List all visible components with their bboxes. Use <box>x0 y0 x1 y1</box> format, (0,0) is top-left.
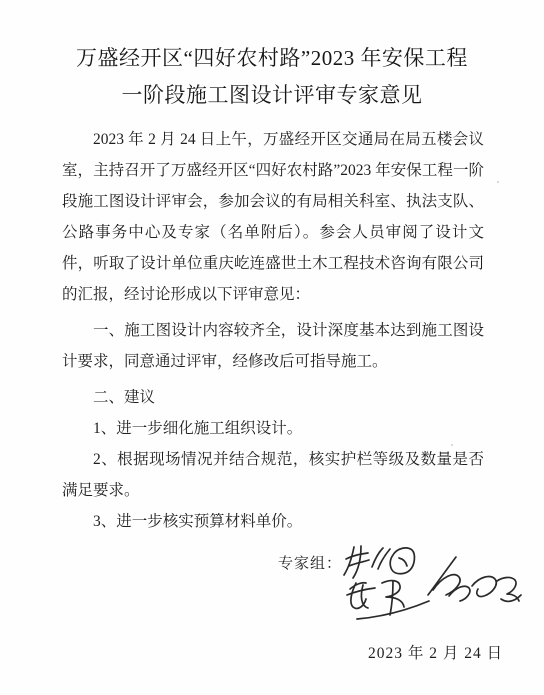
document-title-line2: 一阶段施工图设计评审专家意见 <box>0 77 544 114</box>
expert-signature-2 <box>347 581 429 619</box>
body-paragraph-suggestion-1: 1、进一步细化施工组织设计。 <box>62 413 484 444</box>
scan-speck <box>451 444 453 446</box>
body-paragraph-item-1: 一、施工图设计内容较齐全，设计深度基本达到施工图设计要求，同意通过评审，经修改后… <box>62 315 484 377</box>
handwritten-signatures <box>325 533 535 638</box>
scanned-document-page: 万盛经开区“四好农村路”2023 年安保工程 一阶段施工图设计评审专家意见 20… <box>0 0 544 695</box>
expert-signature-1 <box>344 546 414 578</box>
body-paragraph-intro: 2023 年 2 月 24 日上午，万盛经开区交通局在局五楼会议室，主持召开了万… <box>62 124 484 310</box>
body-paragraph-item-2: 二、建议 <box>62 382 484 413</box>
scan-speck <box>497 181 499 183</box>
scan-speck <box>71 254 73 256</box>
document-date: 2023 年 2 月 24 日 <box>368 641 503 663</box>
document-title: 万盛经开区“四好农村路”2023 年安保工程 一阶段施工图设计评审专家意见 <box>0 0 544 114</box>
expert-signature-3 <box>428 557 521 601</box>
document-title-line1: 万盛经开区“四好农村路”2023 年安保工程 <box>0 40 544 77</box>
document-body: 2023 年 2 月 24 日上午，万盛经开区交通局在局五楼会议室，主持召开了万… <box>62 124 484 537</box>
signature-block: 专家组： <box>0 533 544 643</box>
body-paragraph-suggestion-2: 2、根据现场情况并结合规范，核实护栏等级及数量是否满足要求。 <box>62 444 484 506</box>
